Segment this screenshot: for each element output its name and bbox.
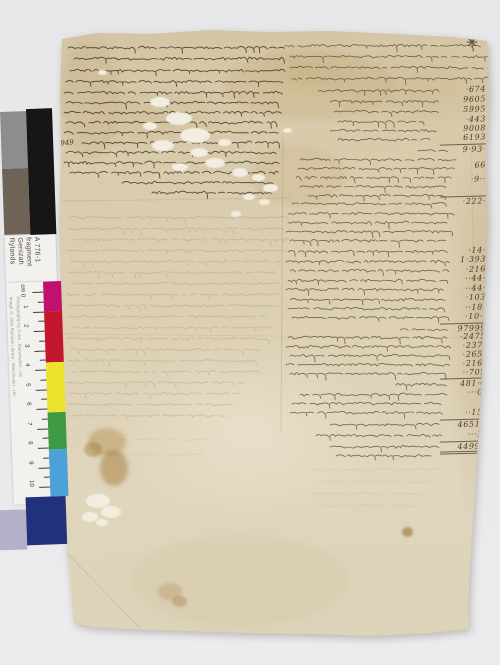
handwritten-line	[70, 349, 262, 356]
handwritten-line	[334, 110, 439, 116]
ledger-row-value: 6193	[440, 132, 486, 142]
ruler-tick	[32, 292, 43, 293]
ruler-tick-label: 5	[25, 383, 31, 387]
handwritten-line	[330, 100, 442, 107]
black-patch	[26, 108, 56, 235]
handwritten-line	[95, 453, 204, 457]
ledger-row-value: 5995	[440, 104, 486, 114]
handwritten-line	[70, 216, 288, 223]
handwritten-line	[72, 282, 279, 285]
ledger-total-value: 46515	[440, 418, 486, 429]
handwritten-line	[290, 239, 445, 247]
handwritten-line	[292, 402, 441, 408]
label-line: fragment	[24, 237, 33, 280]
handwritten-line	[70, 393, 240, 400]
ruler-tick-label: 4	[24, 363, 30, 367]
handwritten-line	[286, 288, 448, 296]
ruler-tick-label: 7	[26, 422, 32, 426]
ruler-tick-label: 6	[25, 402, 31, 406]
handwritten-line	[330, 129, 436, 132]
handwritten-line	[315, 505, 415, 512]
taupe-patch	[2, 168, 30, 235]
handwritten-line	[66, 151, 276, 157]
photo-stage: ·67496055995·443900861939·93·66·9···222·…	[0, 0, 500, 665]
ledger-row-value: 66	[440, 160, 486, 170]
damage-spot	[180, 128, 210, 143]
faded-text-lines	[66, 216, 289, 418]
damage-spot	[243, 194, 255, 200]
ruler-tick	[33, 311, 44, 312]
handwritten-line	[72, 415, 225, 419]
handwritten-line	[290, 411, 443, 418]
damage-spot	[190, 148, 208, 157]
ruler-tick	[38, 448, 49, 449]
damage-spot	[152, 140, 174, 151]
color-patch-lavender	[0, 509, 27, 550]
paper-crease	[281, 138, 283, 432]
handwritten-line	[66, 101, 279, 109]
handwritten-line	[68, 359, 262, 366]
showthrough-text-lines	[90, 439, 441, 512]
damage-spot	[263, 184, 278, 192]
handwritten-line	[72, 371, 261, 377]
handwritten-line	[122, 181, 274, 184]
margin-number: 1949	[56, 138, 74, 148]
handwritten-line	[64, 131, 280, 138]
color-patch-light-blue	[49, 449, 69, 497]
handwritten-line	[72, 238, 289, 246]
handwritten-line	[286, 345, 451, 351]
ruler-tick	[37, 428, 48, 429]
damage-spot	[98, 70, 107, 75]
handwritten-line	[305, 493, 425, 499]
ruler-tick	[39, 486, 50, 487]
handwritten-line	[300, 186, 450, 193]
handwritten-line	[286, 260, 450, 266]
handwritten-line	[292, 316, 449, 322]
damage-spot	[231, 211, 241, 217]
ledger-row-value: ·10··	[440, 311, 486, 321]
damage-spot	[143, 122, 157, 130]
handwritten-line	[286, 230, 453, 237]
handwritten-line	[290, 354, 450, 362]
ledger-row-value: ··44·	[440, 273, 486, 283]
handwritten-line	[90, 439, 213, 443]
handwritten-line	[292, 77, 490, 84]
color-patch-red	[44, 311, 64, 363]
ruler-tick	[36, 409, 47, 410]
handwritten-line	[298, 167, 454, 174]
damage-spot	[283, 128, 292, 133]
ledger-row-value: ···2·	[440, 429, 486, 439]
scribal-corner-mark	[466, 36, 480, 52]
ledger-row-value: ···0·	[440, 387, 486, 397]
damage-spot	[218, 139, 231, 146]
handwritten-line	[70, 304, 282, 311]
credit-text-photography: Photography by G.ten , Manchester , UK	[16, 296, 24, 377]
handwritten-line	[288, 307, 445, 312]
handwritten-line	[338, 121, 424, 129]
damage-spot	[101, 506, 121, 518]
handwritten-line	[330, 423, 439, 430]
handwritten-line	[310, 469, 441, 475]
handwritten-line	[82, 141, 280, 149]
ledger-row-value: ·674	[440, 84, 486, 94]
handwritten-line	[320, 481, 430, 487]
manuscript-paper: ·67496055995·443900861939·93·66·9···222·…	[0, 0, 500, 665]
damage-spot	[172, 163, 188, 171]
crease-lines	[60, 70, 486, 628]
handwritten-line	[336, 455, 431, 460]
color-patch-magenta	[43, 281, 62, 312]
paper-shadow-wrap: ·67496055995·443900861939·93·66·9···222·…	[0, 0, 500, 665]
ledger-row-value: ·9··	[440, 174, 486, 184]
ruler-tick-label: 3	[23, 344, 29, 348]
handwritten-line	[66, 337, 269, 344]
handwritten-line	[290, 372, 446, 380]
handwritten-line	[288, 279, 448, 284]
ledger-row-value: 1·393	[440, 254, 486, 264]
ruler-tick-label: 10	[28, 480, 34, 487]
color-patch-yellow	[46, 362, 66, 413]
handwritten-line	[66, 293, 279, 300]
color-patch-green	[48, 412, 67, 450]
handwritten-line	[64, 91, 283, 98]
handwritten-line	[338, 138, 433, 141]
damage-spot	[96, 519, 108, 526]
handwriting-svg	[0, 0, 500, 665]
handwritten-line	[68, 403, 231, 405]
handwritten-line	[286, 363, 450, 366]
ledger-total-value: ·222·	[440, 195, 486, 206]
ruler-tick	[34, 331, 45, 332]
handwritten-line	[70, 260, 281, 267]
handwritten-line	[292, 203, 446, 209]
gray-patch	[0, 111, 28, 169]
handwritten-line	[300, 158, 456, 164]
paper-crease	[60, 546, 140, 628]
damage-spot	[166, 112, 192, 125]
ledger-row-value: ··15·	[440, 407, 486, 417]
handwritten-line	[68, 272, 276, 279]
handwritten-line	[66, 250, 286, 254]
handwritten-line	[288, 250, 447, 257]
ledger-row-value: ·103	[440, 292, 486, 302]
handwritten-line	[68, 316, 269, 322]
damage-spot	[205, 158, 225, 168]
paper-crease	[62, 198, 292, 201]
handwritten-line	[288, 221, 447, 229]
handwritten-line	[285, 44, 481, 51]
handwritten-line	[296, 176, 455, 182]
damage-spot	[252, 174, 265, 181]
ledger-row-value: ··705	[440, 367, 486, 377]
ruler-tick-label: 9	[27, 461, 33, 465]
damage-spot	[259, 199, 270, 205]
ruler-tick	[38, 467, 49, 468]
handwritten-line	[300, 393, 447, 401]
handwritten-line	[318, 89, 443, 95]
ledger-total-value: 44999	[440, 440, 486, 454]
handwritten-line	[68, 228, 284, 235]
handwritten-line	[68, 46, 285, 53]
ledger-total-value: 9·93·	[440, 143, 486, 154]
damage-spot	[232, 168, 248, 177]
label-line: Rylands	[7, 238, 16, 281]
handwritten-line	[290, 298, 445, 305]
handwritten-line	[288, 212, 454, 218]
damage-spot	[150, 97, 170, 107]
ruler-tick-label: 8	[27, 441, 33, 445]
label-line: A 776-1	[32, 237, 41, 280]
handwritten-line	[74, 57, 285, 63]
handwritten-line	[316, 434, 442, 440]
fragment-label: Rylands Genizah fragment A 776-1	[4, 234, 57, 283]
ruler-tick-label: 2	[22, 324, 28, 328]
ruler-tick-label: 1	[22, 305, 28, 309]
handwritten-line	[72, 327, 273, 333]
handwritten-line	[290, 56, 491, 63]
handwritten-line	[290, 269, 449, 276]
ledger-row-value: 9605	[440, 94, 486, 104]
ruler-tick	[34, 350, 45, 351]
handwritten-line	[66, 381, 244, 387]
handwritten-line	[308, 194, 446, 201]
handwritten-line	[66, 80, 283, 86]
handwritten-line	[330, 445, 441, 452]
ruler-tick	[35, 370, 46, 371]
ruler-tick	[36, 389, 47, 390]
label-line: Genizah	[16, 237, 25, 280]
handwritten-line	[290, 66, 492, 72]
color-patch-navy	[26, 496, 68, 545]
